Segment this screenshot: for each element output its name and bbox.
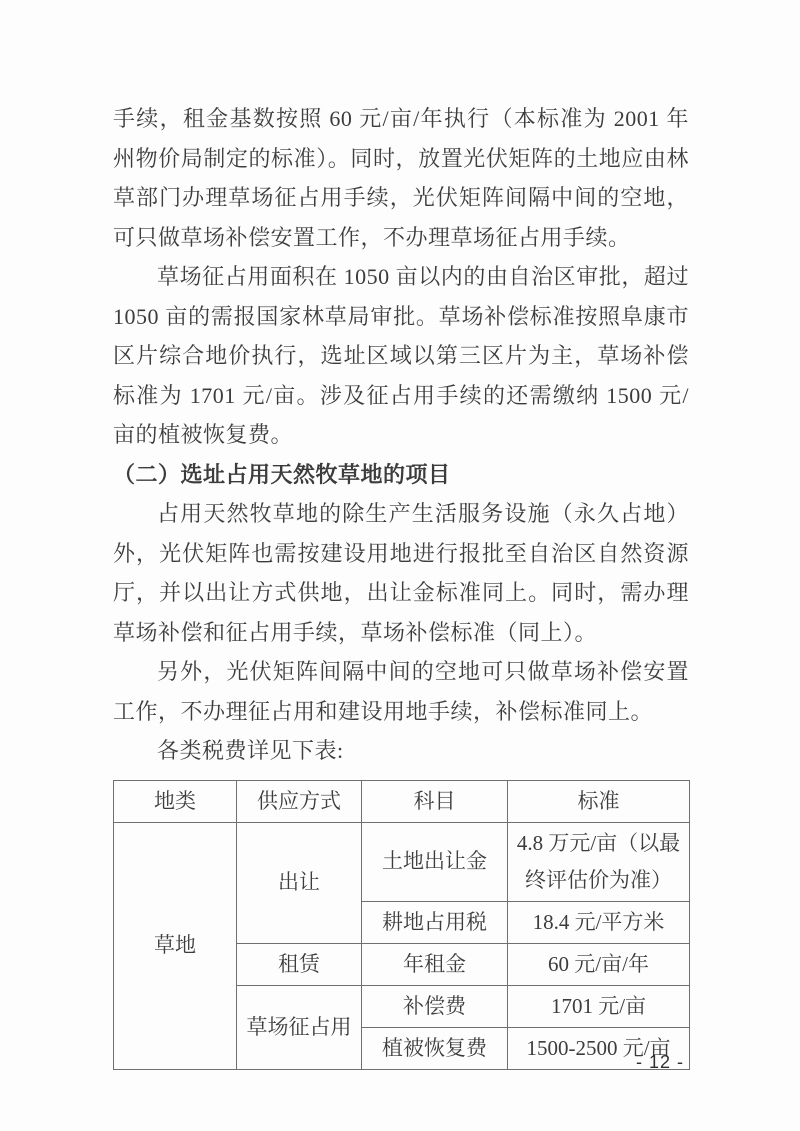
cell-standard-compensation-fee: 1701 元/亩: [508, 985, 690, 1027]
document-body: 手续，租金基数按照 60 元/亩/年执行（本标准为 2001 年州物价局制定的标…: [113, 99, 689, 1070]
paragraph-pv-gap-land: 另外，光伏矩阵间隔中间的空地可只做草场补偿安置工作，不办理征占用和建设用地手续，…: [113, 652, 689, 731]
document-page: 手续，租金基数按照 60 元/亩/年执行（本标准为 2001 年州物价局制定的标…: [0, 0, 800, 1131]
header-standard: 标准: [508, 780, 690, 822]
cell-supply-pasture-requisition: 草场征占用: [237, 985, 362, 1069]
cell-standard-land-grant-fee: 4.8 万元/亩（以最终评估价为准）: [508, 822, 690, 901]
cell-subject-compensation-fee: 补偿费: [362, 985, 508, 1027]
table-header-row: 地类 供应方式 科目 标准: [114, 780, 690, 822]
cell-supply-lease: 租赁: [237, 943, 362, 985]
table-lead-in: 各类税费详见下表:: [113, 731, 689, 771]
cell-subject-annual-rent: 年租金: [362, 943, 508, 985]
header-supply-method: 供应方式: [237, 780, 362, 822]
header-land-type: 地类: [114, 780, 237, 822]
cell-subject-farmland-occupation-tax: 耕地占用税: [362, 901, 508, 943]
page-number: - 12 -: [636, 1052, 684, 1073]
cell-standard-annual-rent: 60 元/亩/年: [508, 943, 690, 985]
cell-subject-land-grant-fee: 土地出让金: [362, 822, 508, 901]
paragraph-grassland-approval: 草场征占用面积在 1050 亩以内的由自治区审批，超过 1050 亩的需报国家林…: [113, 257, 689, 455]
tax-fee-table: 地类 供应方式 科目 标准 草地 出让 土地出让金 4.8 万元/亩（以最终评估…: [113, 780, 690, 1070]
cell-supply-churang: 出让: [237, 822, 362, 943]
paragraph-natural-pasture: 占用天然牧草地的除生产生活服务设施（永久占地）外，光伏矩阵也需按建设用地进行报批…: [113, 494, 689, 652]
paragraph-continuation: 手续，租金基数按照 60 元/亩/年执行（本标准为 2001 年州物价局制定的标…: [113, 99, 689, 257]
cell-standard-farmland-occupation-tax: 18.4 元/平方米: [508, 901, 690, 943]
table-row: 草地 出让 土地出让金 4.8 万元/亩（以最终评估价为准）: [114, 822, 690, 901]
header-subject: 科目: [362, 780, 508, 822]
cell-land-type: 草地: [114, 822, 237, 1069]
cell-subject-vegetation-restoration-fee: 植被恢复费: [362, 1027, 508, 1069]
section-heading-2: （二）选址占用天然牧草地的项目: [113, 455, 689, 495]
